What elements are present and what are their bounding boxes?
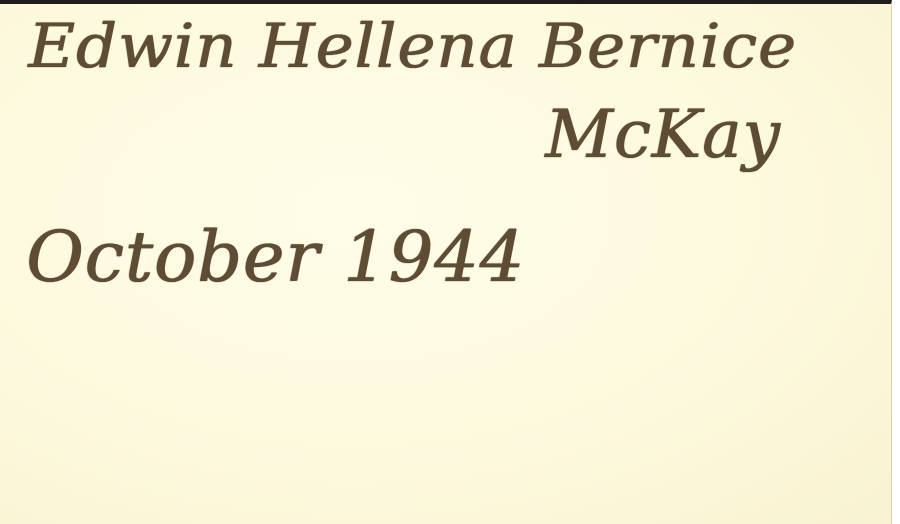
handwritten-card: Edwin Hellena Bernice McKay October 1944 bbox=[0, 0, 892, 524]
handwritten-surname: McKay bbox=[545, 96, 780, 173]
scan-margin bbox=[892, 4, 900, 524]
handwritten-date: October 1944 bbox=[26, 216, 525, 298]
handwritten-names: Edwin Hellena Bernice bbox=[28, 12, 797, 82]
